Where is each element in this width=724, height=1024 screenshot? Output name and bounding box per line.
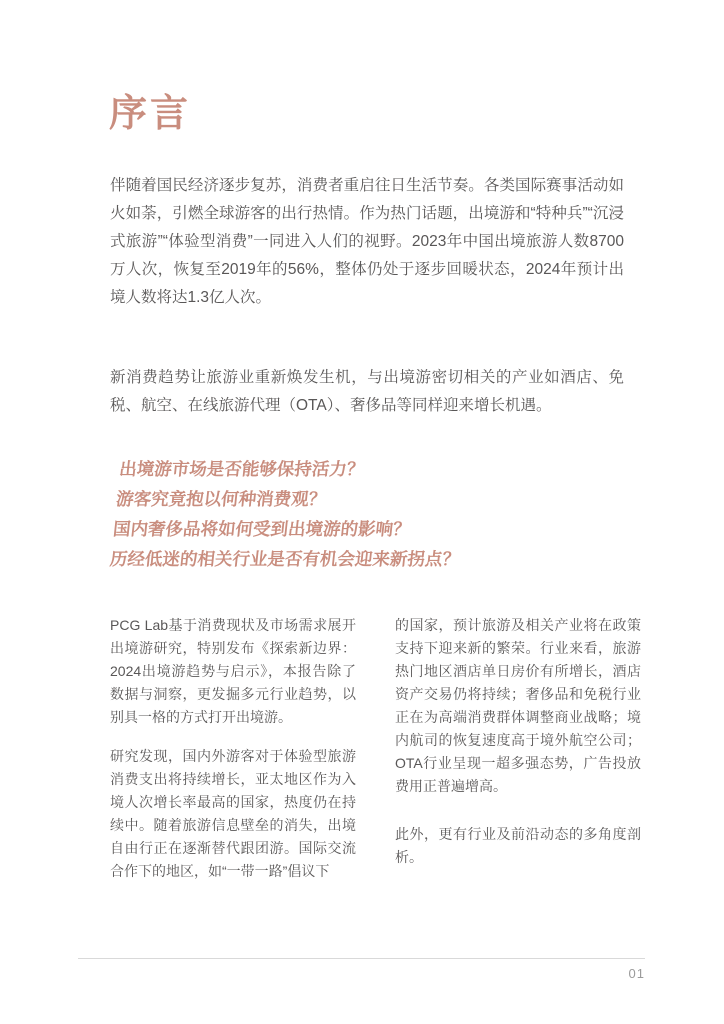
page-title: 序言 <box>109 82 191 137</box>
left-column-paragraph-1: PCG Lab基于消费现状及市场需求展开出境游研究，特别发布《探索新边界：202… <box>110 614 356 729</box>
page-number: 01 <box>78 966 645 981</box>
left-column: PCG Lab基于消费现状及市场需求展开出境游研究，特别发布《探索新边界：202… <box>110 614 356 883</box>
right-column-paragraph-1: 的国家，预计旅游及相关产业将在政策支持下迎来新的繁荣。行业来看，旅游热门地区酒店… <box>395 614 641 798</box>
question-line: 游客究竟抱以何种消费观？ <box>115 484 468 514</box>
two-column-body: PCG Lab基于消费现状及市场需求展开出境游研究，特别发布《探索新边界：202… <box>110 614 641 883</box>
intro-paragraph-2: 新消费趋势让旅游业重新焕发生机，与出境游密切相关的产业如酒店、免税、航空、在线旅… <box>110 364 624 420</box>
question-line: 国内奢侈品将如何受到出境游的影响？ <box>112 514 465 544</box>
footer-divider <box>78 958 645 959</box>
question-line: 出境游市场是否能够保持活力？ <box>118 454 471 484</box>
right-column-paragraph-2: 此外，更有行业及前沿动态的多角度剖析。 <box>395 823 641 869</box>
question-line: 历经低迷的相关行业是否有机会迎来新拐点？ <box>108 544 461 574</box>
highlight-questions: 出境游市场是否能够保持活力？ 游客究竟抱以何种消费观？ 国内奢侈品将如何受到出境… <box>108 454 471 574</box>
left-column-paragraph-2: 研究发现，国内外游客对于体验型旅游消费支出将持续增长，亚太地区作为入境人次增长率… <box>110 745 356 883</box>
intro-paragraph-1: 伴随着国民经济逐步复苏，消费者重启往日生活节奏。各类国际赛事活动如火如荼，引燃全… <box>110 172 624 312</box>
report-page: 序言 伴随着国民经济逐步复苏，消费者重启往日生活节奏。各类国际赛事活动如火如荼，… <box>0 0 724 1024</box>
right-column: 的国家，预计旅游及相关产业将在政策支持下迎来新的繁荣。行业来看，旅游热门地区酒店… <box>395 614 641 883</box>
